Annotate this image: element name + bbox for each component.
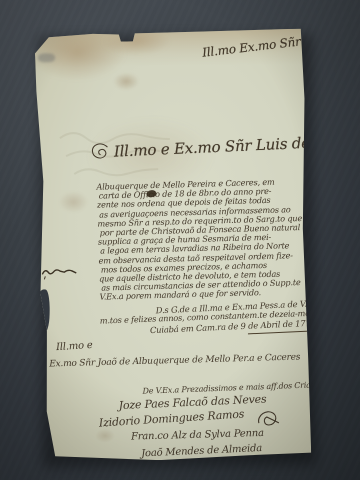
signature-rubric <box>255 407 285 429</box>
manuscript-photo: Ill.mo Ex.mo Sñr Ill.mo e Ex.mo Sñr Luis… <box>0 0 360 480</box>
foxing-spot-bottom <box>95 429 115 443</box>
pencil-mark <box>38 53 55 62</box>
signature: Fran.co Alz da Sylva Penna <box>131 428 264 443</box>
aging-stain-notch <box>101 26 171 57</box>
heading-text: Ill.mo e Ex.mo Sñr Luis de <box>113 134 310 161</box>
letter-body: Albuquerque de Mello Pereira e Caceres, … <box>96 177 313 303</box>
flourish-ornament <box>90 140 112 165</box>
corner-salutation: Ill.mo Ex.mo Sñr <box>181 34 302 62</box>
addressee-name: Ex.mo Sñr Joaõ de Albuquerque de Mello P… <box>49 352 300 369</box>
letter-paper: Ill.mo Ex.mo Sñr Ill.mo e Ex.mo Sñr Luis… <box>35 29 312 462</box>
dateline-underline <box>248 330 312 334</box>
foxing-spot <box>113 72 139 90</box>
letter-heading: Ill.mo e Ex.mo Sñr Luis de <box>90 131 311 165</box>
margin-ink-mark <box>40 264 78 280</box>
foxing-spot-left <box>58 191 88 213</box>
address-salutation: Ill.mo e <box>56 340 93 353</box>
signature: Joze Paes Falcaõ das Neves <box>118 392 266 412</box>
